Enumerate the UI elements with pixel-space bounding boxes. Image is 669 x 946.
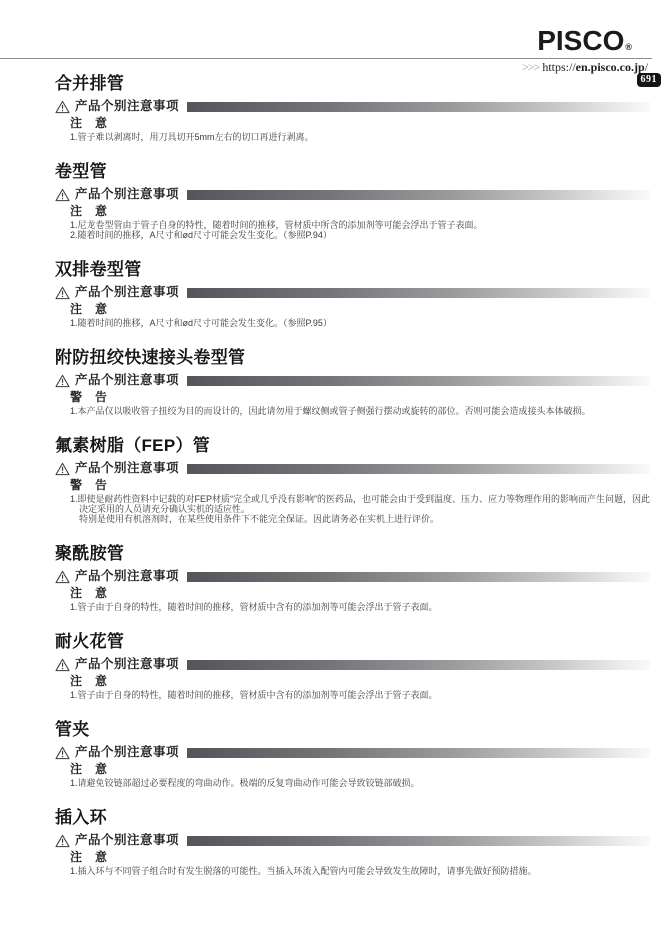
note-block: 注 意 1.管子难以剥离时，用刀具切开5mm左右的切口再进行剥离。 <box>70 117 650 142</box>
caution-banner: 产品个别注意事项 <box>55 462 650 475</box>
warning-triangle-icon <box>55 658 70 672</box>
note-text: 1.即使是耐药性资料中记载的对FEP材质“完全或几乎没有影响”的医药品，也可能会… <box>70 494 650 514</box>
note-block: 注 意 1.插入环与不同管子组合时有发生脱落的可能性。当插入环流入配管内可能会导… <box>70 851 650 876</box>
caution-banner: 产品个别注意事项 <box>55 188 650 201</box>
gradient-bar <box>187 190 650 200</box>
gradient-bar <box>187 102 650 112</box>
gradient-bar <box>187 836 650 846</box>
warning-triangle-icon <box>55 286 70 300</box>
section-title: 合并排管 <box>55 74 650 93</box>
note-text: 1.尼龙卷型管由于管子自身的特性，随着时间的推移，管材质中所含的添加剂等可能会浮… <box>70 220 650 230</box>
note-text: 2.随着时间的推移，A尺寸和ød尺寸可能会发生变化。（参照P.94） <box>70 230 650 240</box>
section-title: 插入环 <box>55 808 650 827</box>
note-level-label: 注 意 <box>70 303 650 315</box>
note-level-label: 注 意 <box>70 763 650 775</box>
note-lines: 1.随着时间的推移，A尺寸和ød尺寸可能会发生变化。（参照P.95） <box>70 318 650 328</box>
catalog-page: PISCO® >>>https://en.pisco.co.jp/ 691 合并… <box>0 0 669 946</box>
header-rule <box>0 58 652 59</box>
section-title: 卷型管 <box>55 162 650 181</box>
note-text: 特别是使用有机溶剂时，在某些使用条件下不能完全保证。因此请务必在实机上进行评价。 <box>70 514 650 524</box>
product-section: 合并排管 产品个别注意事项 注 意 1.管子难以剥离时，用刀具切开5mm左右的切… <box>55 74 650 142</box>
product-section: 附防扭绞快速接头卷型管 产品个别注意事项 警 告 1.本产品仅以吸收管子扭绞为目… <box>55 348 650 416</box>
note-block: 注 意 1.请避免铰链部超过必要程度的弯曲动作。极端的反复弯曲动作可能会导致铰链… <box>70 763 650 788</box>
product-section: 聚酰胺管 产品个别注意事项 注 意 1.管子由于自身的特性，随着时间的推移，管材… <box>55 544 650 612</box>
caution-banner-label: 产品个别注意事项 <box>75 188 179 201</box>
product-section: 插入环 产品个别注意事项 注 意 1.插入环与不同管子组合时有发生脱落的可能性。… <box>55 808 650 876</box>
url-trail: / <box>645 60 648 74</box>
note-lines: 1.插入环与不同管子组合时有发生脱落的可能性。当插入环流入配管内可能会导致发生故… <box>70 866 650 876</box>
caution-banner-label: 产品个别注意事项 <box>75 286 179 299</box>
note-block: 注 意 1.随着时间的推移，A尺寸和ød尺寸可能会发生变化。（参照P.95） <box>70 303 650 328</box>
section-title: 氟素树脂（FEP）管 <box>55 436 650 455</box>
product-section: 双排卷型管 产品个别注意事项 注 意 1.随着时间的推移，A尺寸和ød尺寸可能会… <box>55 260 650 328</box>
caution-banner: 产品个别注意事项 <box>55 374 650 387</box>
note-lines: 1.管子难以剥离时，用刀具切开5mm左右的切口再进行剥离。 <box>70 132 650 142</box>
note-text: 1.管子难以剥离时，用刀具切开5mm左右的切口再进行剥离。 <box>70 132 650 142</box>
url-scheme: https:// <box>542 60 575 74</box>
warning-triangle-icon <box>55 462 70 476</box>
note-text: 1.随着时间的推移，A尺寸和ød尺寸可能会发生变化。（参照P.95） <box>70 318 650 328</box>
caution-banner-label: 产品个别注意事项 <box>75 746 179 759</box>
warning-triangle-icon <box>55 834 70 848</box>
caution-banner-label: 产品个别注意事项 <box>75 374 179 387</box>
note-text: 1.管子由于自身的特性，随着时间的推移，管材质中含有的添加剂等可能会浮出于管子表… <box>70 602 650 612</box>
caution-banner-label: 产品个别注意事项 <box>75 462 179 475</box>
note-text: 1.管子由于自身的特性，随着时间的推移，管材质中含有的添加剂等可能会浮出于管子表… <box>70 690 650 700</box>
warning-triangle-icon <box>55 570 70 584</box>
site-url: >>>https://en.pisco.co.jp/ <box>522 61 648 74</box>
caution-banner-label: 产品个别注意事项 <box>75 658 179 671</box>
caution-banner: 产品个别注意事项 <box>55 570 650 583</box>
caution-banner: 产品个别注意事项 <box>55 834 650 847</box>
caution-banner-label: 产品个别注意事项 <box>75 834 179 847</box>
caution-banner-label: 产品个别注意事项 <box>75 100 179 113</box>
note-block: 注 意 1.管子由于自身的特性，随着时间的推移，管材质中含有的添加剂等可能会浮出… <box>70 587 650 612</box>
url-host: en.pisco.co.jp <box>576 60 645 74</box>
note-level-label: 警 告 <box>70 391 650 403</box>
note-block: 注 意 1.尼龙卷型管由于管子自身的特性，随着时间的推移，管材质中所含的添加剂等… <box>70 205 650 240</box>
note-level-label: 注 意 <box>70 675 650 687</box>
section-title: 聚酰胺管 <box>55 544 650 563</box>
note-lines: 1.即使是耐药性资料中记载的对FEP材质“完全或几乎没有影响”的医药品，也可能会… <box>70 494 650 524</box>
note-text: 1.插入环与不同管子组合时有发生脱落的可能性。当插入环流入配管内可能会导致发生故… <box>70 866 650 876</box>
product-section: 耐火花管 产品个别注意事项 注 意 1.管子由于自身的特性，随着时间的推移，管材… <box>55 632 650 700</box>
note-block: 警 告 1.本产品仅以吸收管子扭绞为目的而设计的，因此请勿用于螺纹侧或管子侧强行… <box>70 391 650 416</box>
section-title: 耐火花管 <box>55 632 650 651</box>
caution-banner-label: 产品个别注意事项 <box>75 570 179 583</box>
section-title: 管夹 <box>55 720 650 739</box>
note-level-label: 注 意 <box>70 117 650 129</box>
registered-mark-icon: ® <box>625 42 632 52</box>
gradient-bar <box>187 464 650 474</box>
chevrons-icon: >>> <box>522 60 539 74</box>
note-lines: 1.管子由于自身的特性，随着时间的推移，管材质中含有的添加剂等可能会浮出于管子表… <box>70 602 650 612</box>
note-block: 注 意 1.管子由于自身的特性，随着时间的推移，管材质中含有的添加剂等可能会浮出… <box>70 675 650 700</box>
section-title: 双排卷型管 <box>55 260 650 279</box>
warning-triangle-icon <box>55 188 70 202</box>
caution-banner: 产品个别注意事项 <box>55 100 650 113</box>
caution-banner: 产品个别注意事项 <box>55 286 650 299</box>
note-level-label: 注 意 <box>70 587 650 599</box>
note-level-label: 警 告 <box>70 479 650 491</box>
note-text: 1.请避免铰链部超过必要程度的弯曲动作。极端的反复弯曲动作可能会导致铰链部破损。 <box>70 778 650 788</box>
note-text: 1.本产品仅以吸收管子扭绞为目的而设计的，因此请勿用于螺纹侧或管子侧强行摆动或旋… <box>70 406 650 416</box>
product-section: 卷型管 产品个别注意事项 注 意 1.尼龙卷型管由于管子自身的特性，随着时间的推… <box>55 162 650 240</box>
gradient-bar <box>187 572 650 582</box>
gradient-bar <box>187 376 650 386</box>
pisco-logo-text: PISCO <box>537 25 624 56</box>
caution-banner: 产品个别注意事项 <box>55 746 650 759</box>
note-level-label: 注 意 <box>70 851 650 863</box>
warning-triangle-icon <box>55 100 70 114</box>
note-block: 警 告 1.即使是耐药性资料中记载的对FEP材质“完全或几乎没有影响”的医药品，… <box>70 479 650 524</box>
warning-triangle-icon <box>55 746 70 760</box>
section-title: 附防扭绞快速接头卷型管 <box>55 348 650 367</box>
note-level-label: 注 意 <box>70 205 650 217</box>
product-section: 氟素树脂（FEP）管 产品个别注意事项 警 告 1.即使是耐药性资料中记载的对F… <box>55 436 650 524</box>
note-lines: 1.本产品仅以吸收管子扭绞为目的而设计的，因此请勿用于螺纹侧或管子侧强行摆动或旋… <box>70 406 650 416</box>
note-lines: 1.管子由于自身的特性，随着时间的推移，管材质中含有的添加剂等可能会浮出于管子表… <box>70 690 650 700</box>
pisco-logo: PISCO® <box>537 27 632 61</box>
gradient-bar <box>187 288 650 298</box>
caution-banner: 产品个别注意事项 <box>55 658 650 671</box>
note-lines: 1.请避免铰链部超过必要程度的弯曲动作。极端的反复弯曲动作可能会导致铰链部破损。 <box>70 778 650 788</box>
note-lines: 1.尼龙卷型管由于管子自身的特性，随着时间的推移，管材质中所含的添加剂等可能会浮… <box>70 220 650 240</box>
content: 合并排管 产品个别注意事项 注 意 1.管子难以剥离时，用刀具切开5mm左右的切… <box>55 74 650 896</box>
gradient-bar <box>187 660 650 670</box>
gradient-bar <box>187 748 650 758</box>
warning-triangle-icon <box>55 374 70 388</box>
product-section: 管夹 产品个别注意事项 注 意 1.请避免铰链部超过必要程度的弯曲动作。极端的反… <box>55 720 650 788</box>
